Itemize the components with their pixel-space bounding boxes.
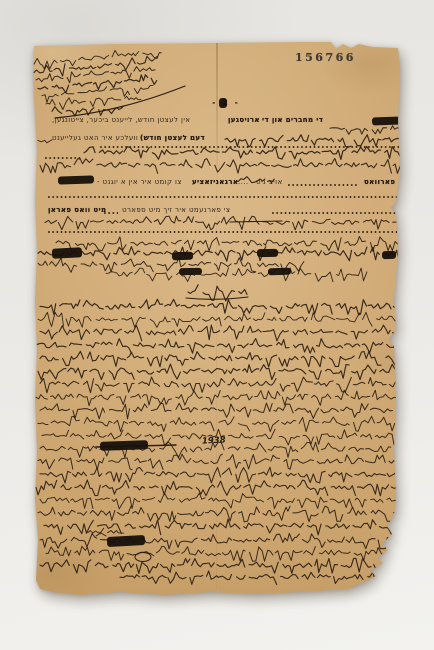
handwriting-line — [106, 268, 367, 282]
typed-line5-mid: אויב ניט — [256, 178, 283, 186]
handwriting-line — [38, 312, 407, 327]
handwriting-line — [45, 216, 396, 230]
handwriting-line — [38, 140, 52, 143]
fold-crease-line-faint — [216, 190, 217, 590]
dotted-leader — [288, 184, 358, 186]
handwriting-line — [38, 506, 409, 522]
paper-shadow-wrap: 2. 156766 - 2 - אין לעצטן חודש, לייענט ב… — [0, 0, 434, 650]
handwriting-line — [56, 237, 406, 252]
ink-stroke — [96, 445, 176, 447]
page-number-marker: - 2 - — [206, 98, 246, 107]
handwriting-line — [44, 519, 405, 535]
handwriting-line — [52, 106, 124, 116]
typed-line2-bold: דעם לעצטן חודש) — [140, 134, 205, 142]
ink-redaction — [179, 268, 202, 275]
handwriting-line — [34, 56, 157, 76]
handwriting-line — [40, 403, 410, 419]
dotted-leader — [45, 157, 81, 159]
handwriting-line — [36, 67, 155, 83]
photo-backdrop: 2. 156766 - 2 - אין לעצטן חודש, לייענט ב… — [0, 0, 434, 650]
typed-line1-end: די מחברים און די — [262, 116, 323, 124]
typed-line7-text: צי פארנעמט איר זיך מיט ספארט — [122, 206, 230, 214]
handwriting-line — [40, 377, 410, 393]
handwriting-line — [36, 480, 409, 496]
dotted-leader — [48, 196, 402, 198]
ink-stroke — [55, 86, 185, 118]
handwriting-line — [38, 75, 157, 93]
handwriting-line — [46, 96, 141, 109]
handwriting-line — [40, 299, 408, 315]
handwriting-line — [34, 50, 161, 68]
handwriting-line — [188, 285, 247, 301]
handwriting-line — [88, 528, 124, 533]
handwriting-line — [36, 339, 408, 354]
registration-stamp: 156766 — [295, 51, 356, 64]
dotted-leader — [104, 212, 118, 214]
typed-line1-bold: ארויסגען — [228, 116, 260, 124]
typed-line1-start: אין לעצטן חודש, לייענט ביכער, צייטונגען, — [52, 116, 190, 124]
ink-redaction — [372, 117, 400, 126]
handwriting-line — [84, 146, 407, 159]
handwriting-line — [40, 158, 407, 173]
ink-redaction — [172, 252, 193, 261]
handwriting-line — [40, 558, 402, 573]
dotted-leader — [100, 146, 402, 148]
ink-redaction — [257, 249, 278, 257]
manuscript-paper: 2. 156766 - 2 - אין לעצטן חודש, לייענט ב… — [0, 0, 434, 650]
handwriting-line — [38, 454, 407, 470]
handwriting-line — [40, 533, 407, 548]
handwriting-line — [40, 351, 410, 367]
dotted-leader — [272, 212, 400, 214]
typed-line5-bold2: פארוואס — [364, 178, 395, 186]
handwriting-line — [40, 325, 409, 341]
handwriting-line — [46, 546, 405, 561]
handwriting-line — [38, 364, 411, 380]
ink-stroke — [186, 297, 248, 299]
typed-line5-start: צו קומט איר אין א יוגנט - — [97, 178, 182, 186]
handwriting-line — [38, 258, 304, 273]
fold-crease-line — [216, 43, 218, 193]
ink-circle — [135, 553, 151, 562]
typed-line5-bold: ארגאניזאציע — [192, 178, 238, 186]
ink-stroke — [230, 221, 282, 222]
handwriting-line — [38, 247, 405, 262]
typed-line5-dots: .... — [238, 178, 249, 186]
ink-stroke — [402, 112, 407, 131]
typed-line2-start: וועלכע איר האט געלייענט — [52, 134, 138, 142]
ink-redaction — [268, 268, 291, 276]
handwriting-line — [120, 571, 389, 585]
handwriting-line — [40, 493, 408, 509]
handwriting-line — [38, 416, 409, 431]
typed-line7-bold: מיט וואס פאראן — [48, 206, 106, 214]
handwriting-line — [40, 467, 405, 483]
ink-stroke — [96, 533, 106, 536]
ink-redaction — [58, 175, 94, 184]
ink-redaction — [107, 535, 145, 547]
handwritten-year: 1938 — [202, 435, 226, 446]
ink-redaction — [52, 247, 82, 259]
dotted-leader — [48, 231, 404, 233]
handwriting-line — [36, 390, 409, 406]
handwriting-line — [42, 85, 153, 102]
ink-redaction — [100, 440, 148, 451]
ink-redaction — [382, 251, 396, 259]
pencil-mark: 2. — [306, 36, 312, 43]
handwriting-line — [330, 126, 410, 135]
